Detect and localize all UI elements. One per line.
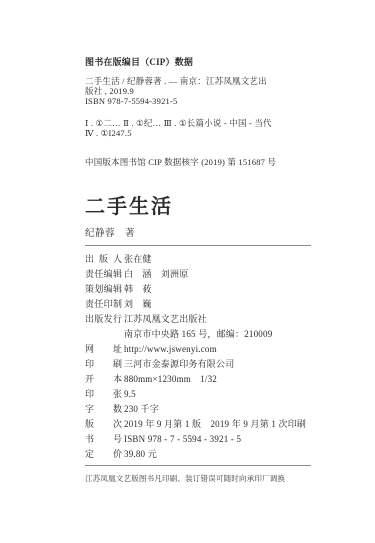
colophon-row: 策划编辑 韩 莜	[85, 282, 325, 297]
colophon-row-label: 版次	[85, 417, 122, 432]
cip-classification-line: Ⅳ . ①I247.5	[85, 128, 315, 138]
colophon-row-label: 出版人	[85, 252, 122, 267]
colophon-row: 网址 http://www.jswenyi.com	[85, 342, 325, 357]
colophon-row-value: 230 千字	[124, 402, 159, 417]
book-title: 二手生活	[85, 196, 313, 218]
cip-record-line: 二手生活 / 纪静蓉著 . — 南京：江苏凤凰文艺出	[85, 76, 315, 86]
colophon-row: 责任编辑 白 涵 刘洲原	[85, 267, 325, 282]
footer-note: 江苏凤凰文艺版图书凡印刷、装订错误可随时向承印厂调换	[85, 473, 325, 484]
colophon-row: 开本 880mm×1230mm 1/32	[85, 372, 325, 387]
cip-record-line: 版社 , 2019.9	[85, 86, 315, 96]
colophon-row-value: 刘 巍	[124, 297, 152, 312]
colophon-row: 印刷 三河市金泰源印务有限公司	[85, 357, 325, 372]
bottom-divider	[85, 465, 311, 466]
colophon-row-label: 网址	[85, 342, 122, 357]
colophon-row-value: ISBN 978 - 7 - 5594 - 3921 - 5	[124, 432, 241, 447]
colophon-row-label: 开本	[85, 372, 122, 387]
colophon-row-value: 2019 年 9 月第 1 版 2019 年 9 月第 1 次印刷	[124, 417, 306, 432]
colophon-rows: 出版人 张在健 责任编辑 白 涵 刘洲原 策划编辑 韩 莜 责任印制 刘 巍 出…	[85, 252, 325, 462]
top-divider	[85, 245, 311, 246]
colophon-row-label: 定价	[85, 447, 122, 462]
cip-classification-line: Ⅰ . ①二… Ⅱ . ①纪… Ⅲ . ①长篇小说 - 中国 - 当代	[85, 118, 315, 128]
cip-registry-line: 中国版本图书馆 CIP 数据核字 (2019) 第 151687 号	[85, 157, 315, 167]
cip-isbn-line: ISBN 978-7-5594-3921-5	[85, 96, 315, 106]
colophon-row-value: 张在健	[124, 252, 152, 267]
colophon-row-label: 责任编辑	[85, 267, 122, 282]
book-copyright-page: 图书在版编目（CIP）数据 二手生活 / 纪静蓉著 . — 南京：江苏凤凰文艺出…	[0, 0, 375, 543]
colophon-row-label: 印刷	[85, 357, 122, 372]
colophon-row-value: 韩 莜	[124, 282, 152, 297]
colophon-row-value: 880mm×1230mm 1/32	[124, 372, 217, 387]
cip-section: 图书在版编目（CIP）数据 二手生活 / 纪静蓉著 . — 南京：江苏凤凰文艺出…	[85, 57, 315, 167]
colophon-row: 版次 2019 年 9 月第 1 版 2019 年 9 月第 1 次印刷	[85, 417, 325, 432]
colophon-row-value: 39.80 元	[124, 447, 157, 462]
colophon-row-label: 印张	[85, 387, 122, 402]
colophon-row-value: http://www.jswenyi.com	[124, 342, 217, 357]
colophon-row-value: 江苏凤凰文艺出版社	[124, 312, 207, 327]
colophon-row: 印张 9.5	[85, 387, 325, 402]
colophon-row: 出版人 张在健	[85, 252, 325, 267]
colophon-row-value: 三河市金泰源印务有限公司	[124, 357, 234, 372]
colophon-row: 定价 39.80 元	[85, 447, 325, 462]
cip-header: 图书在版编目（CIP）数据	[85, 57, 315, 67]
colophon-row-value: 白 涵 刘洲原	[124, 267, 188, 282]
colophon-row-label: 字数	[85, 402, 122, 417]
colophon-row: 出版发行 江苏凤凰文艺出版社	[85, 312, 325, 327]
colophon-row: 南京市中央路 165 号，邮编：210009	[85, 327, 325, 342]
title-block: 二手生活 纪静蓉 著	[85, 196, 313, 239]
colophon-row: 责任印制 刘 巍	[85, 297, 325, 312]
book-author: 纪静蓉 著	[85, 225, 313, 239]
colophon-row-value: 南京市中央路 165 号，邮编：210009	[124, 327, 272, 342]
colophon-row: 字数 230 千字	[85, 402, 325, 417]
colophon-row-label: 书号	[85, 432, 122, 447]
colophon-row-label: 出版发行	[85, 312, 122, 327]
colophon-row-value: 9.5	[124, 387, 136, 402]
colophon-row: 书号 ISBN 978 - 7 - 5594 - 3921 - 5	[85, 432, 325, 447]
colophon-row-label: 责任印制	[85, 297, 122, 312]
colophon-row-label: 策划编辑	[85, 282, 122, 297]
